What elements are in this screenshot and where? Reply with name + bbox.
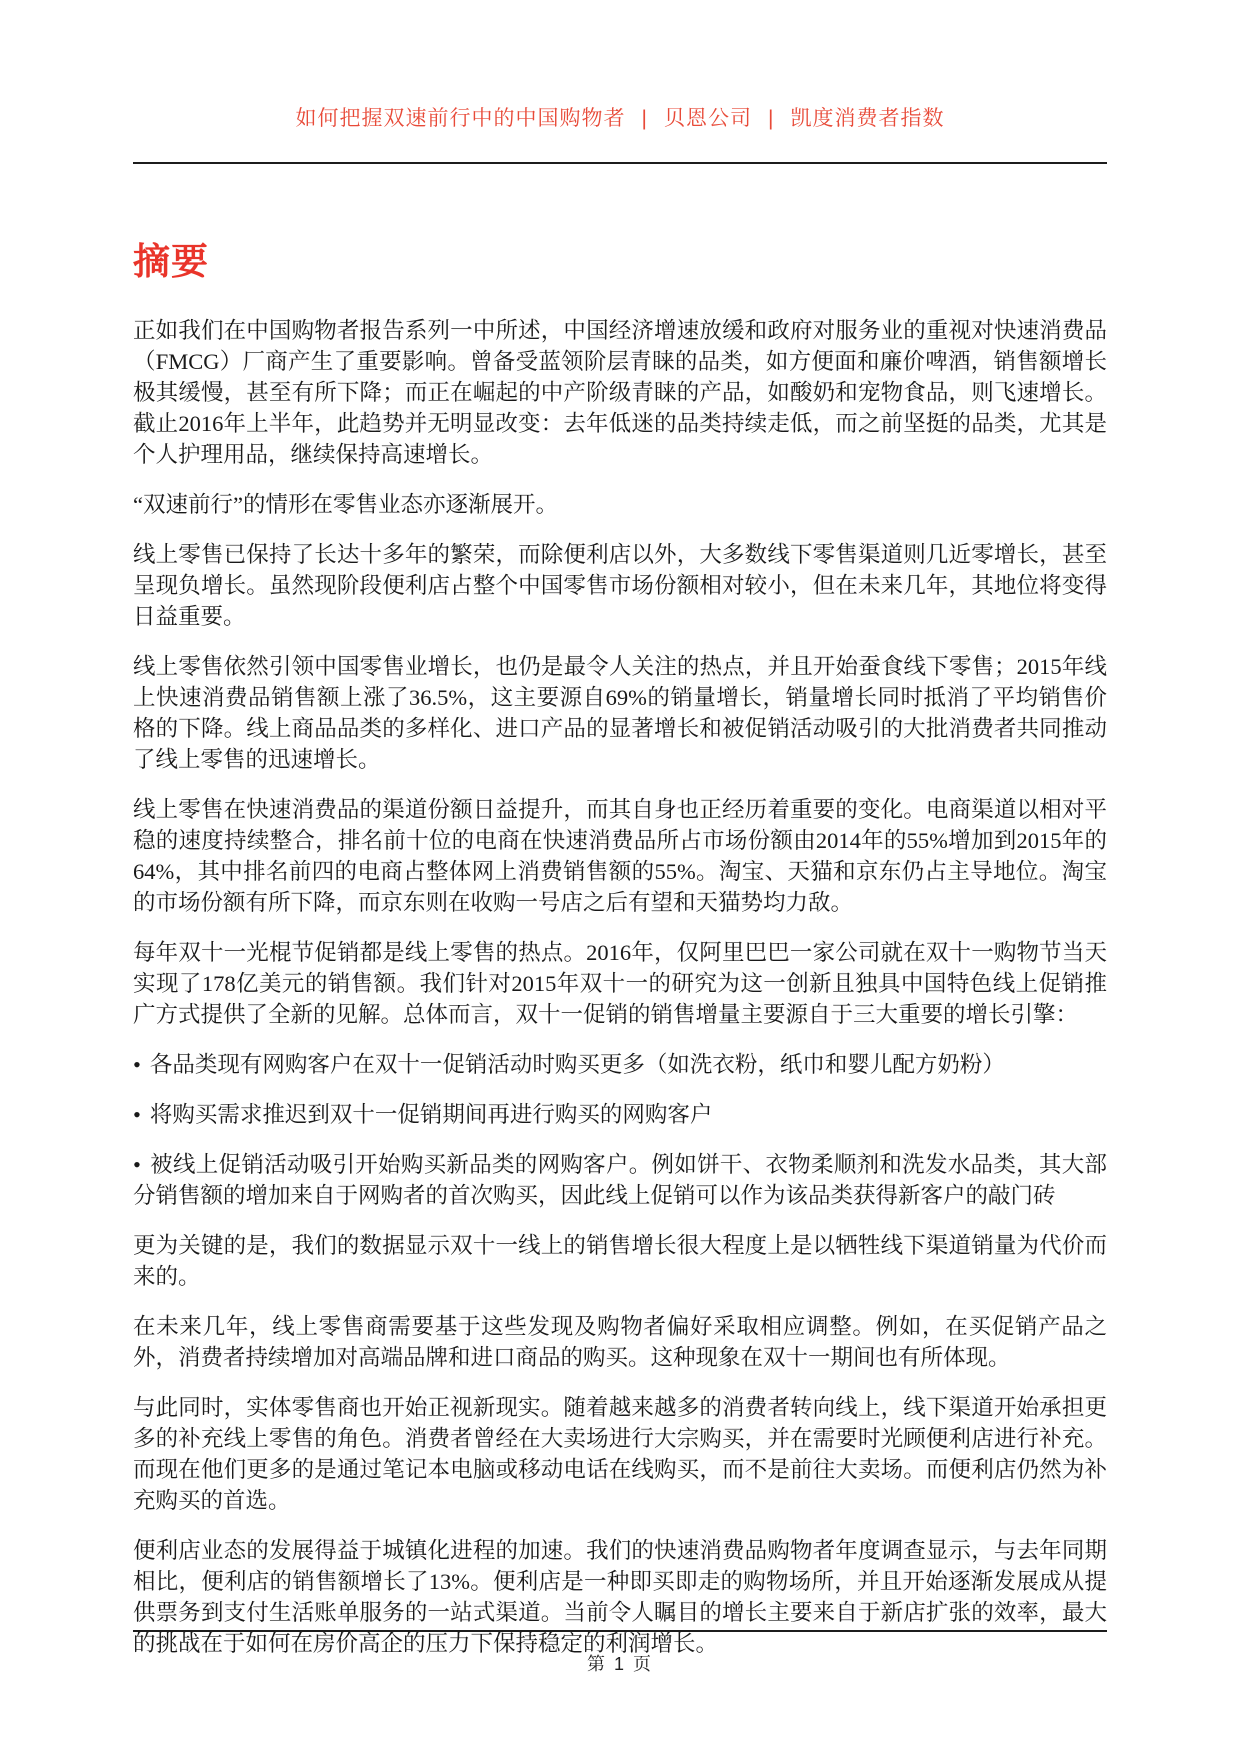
- running-header: 如何把握双速前行中的中国购物者|贝恩公司|凯度消费者指数: [0, 106, 1240, 132]
- paragraph: 线上零售已保持了长达十多年的繁荣，而除便利店以外，大多数线下零售渠道则几近零增长…: [133, 539, 1107, 632]
- paragraph: 线上零售在快速消费品的渠道份额日益提升，而其自身也正经历着重要的变化。电商渠道以…: [133, 794, 1107, 918]
- bullet-text: 将购买需求推迟到双十一促销期间再进行购买的网购客户: [150, 1102, 713, 1127]
- paragraph: 线上零售依然引领中国零售业增长，也仍是最令人关注的热点，并且开始蚕食线下零售；2…: [133, 651, 1107, 775]
- bullet-text: 各品类现有网购客户在双十一促销活动时购买更多（如洗衣粉，纸巾和婴儿配方奶粉）: [150, 1052, 1005, 1077]
- header-separator: |: [768, 106, 774, 132]
- header-segment-report-title: 如何把握双速前行中的中国购物者: [296, 107, 626, 130]
- header-separator: |: [642, 106, 648, 132]
- bullet-item: •各品类现有网购客户在双十一促销活动时购买更多（如洗衣粉，纸巾和婴儿配方奶粉）: [133, 1049, 1107, 1080]
- paragraph: 与此同时，实体零售商也开始正视新现实。随着越来越多的消费者转向线上，线下渠道开始…: [133, 1392, 1107, 1516]
- document-page: 如何把握双速前行中的中国购物者|贝恩公司|凯度消费者指数 摘要 正如我们在中国购…: [0, 0, 1240, 1754]
- header-divider: [133, 162, 1107, 164]
- header-segment-partner: 凯度消费者指数: [790, 107, 944, 130]
- header-segment-company: 贝恩公司: [664, 107, 752, 130]
- bullet-icon: •: [133, 1052, 141, 1077]
- body-content: 正如我们在中国购物者报告系列一中所述，中国经济增速放缓和政府对服务业的重视对快速…: [133, 315, 1107, 1659]
- paragraph: 正如我们在中国购物者报告系列一中所述，中国经济增速放缓和政府对服务业的重视对快速…: [133, 315, 1107, 470]
- bullet-item: •被线上促销活动吸引开始购买新品类的网购客户。例如饼干、衣物柔顺剂和洗发水品类，…: [133, 1149, 1107, 1211]
- paragraph: 每年双十一光棍节促销都是线上零售的热点。2016年，仅阿里巴巴一家公司就在双十一…: [133, 937, 1107, 1030]
- footer-divider: [133, 1630, 1107, 1632]
- paragraph: 更为关键的是，我们的数据显示双十一线上的销售增长很大程度上是以牺牲线下渠道销量为…: [133, 1230, 1107, 1292]
- bullet-icon: •: [133, 1102, 141, 1127]
- paragraph: 便利店业态的发展得益于城镇化进程的加速。我们的快速消费品购物者年度调查显示，与去…: [133, 1535, 1107, 1659]
- bullet-icon: •: [133, 1152, 141, 1177]
- bullet-item: •将购买需求推迟到双十一促销期间再进行购买的网购客户: [133, 1099, 1107, 1130]
- paragraph: “双速前行”的情形在零售业态亦逐渐展开。: [133, 489, 1107, 520]
- bullet-text: 被线上促销活动吸引开始购买新品类的网购客户。例如饼干、衣物柔顺剂和洗发水品类，其…: [133, 1152, 1107, 1208]
- page-number: 第 1 页: [0, 1650, 1240, 1676]
- section-title: 摘要: [133, 243, 209, 280]
- paragraph: 在未来几年，线上零售商需要基于这些发现及购物者偏好采取相应调整。例如，在买促销产…: [133, 1311, 1107, 1373]
